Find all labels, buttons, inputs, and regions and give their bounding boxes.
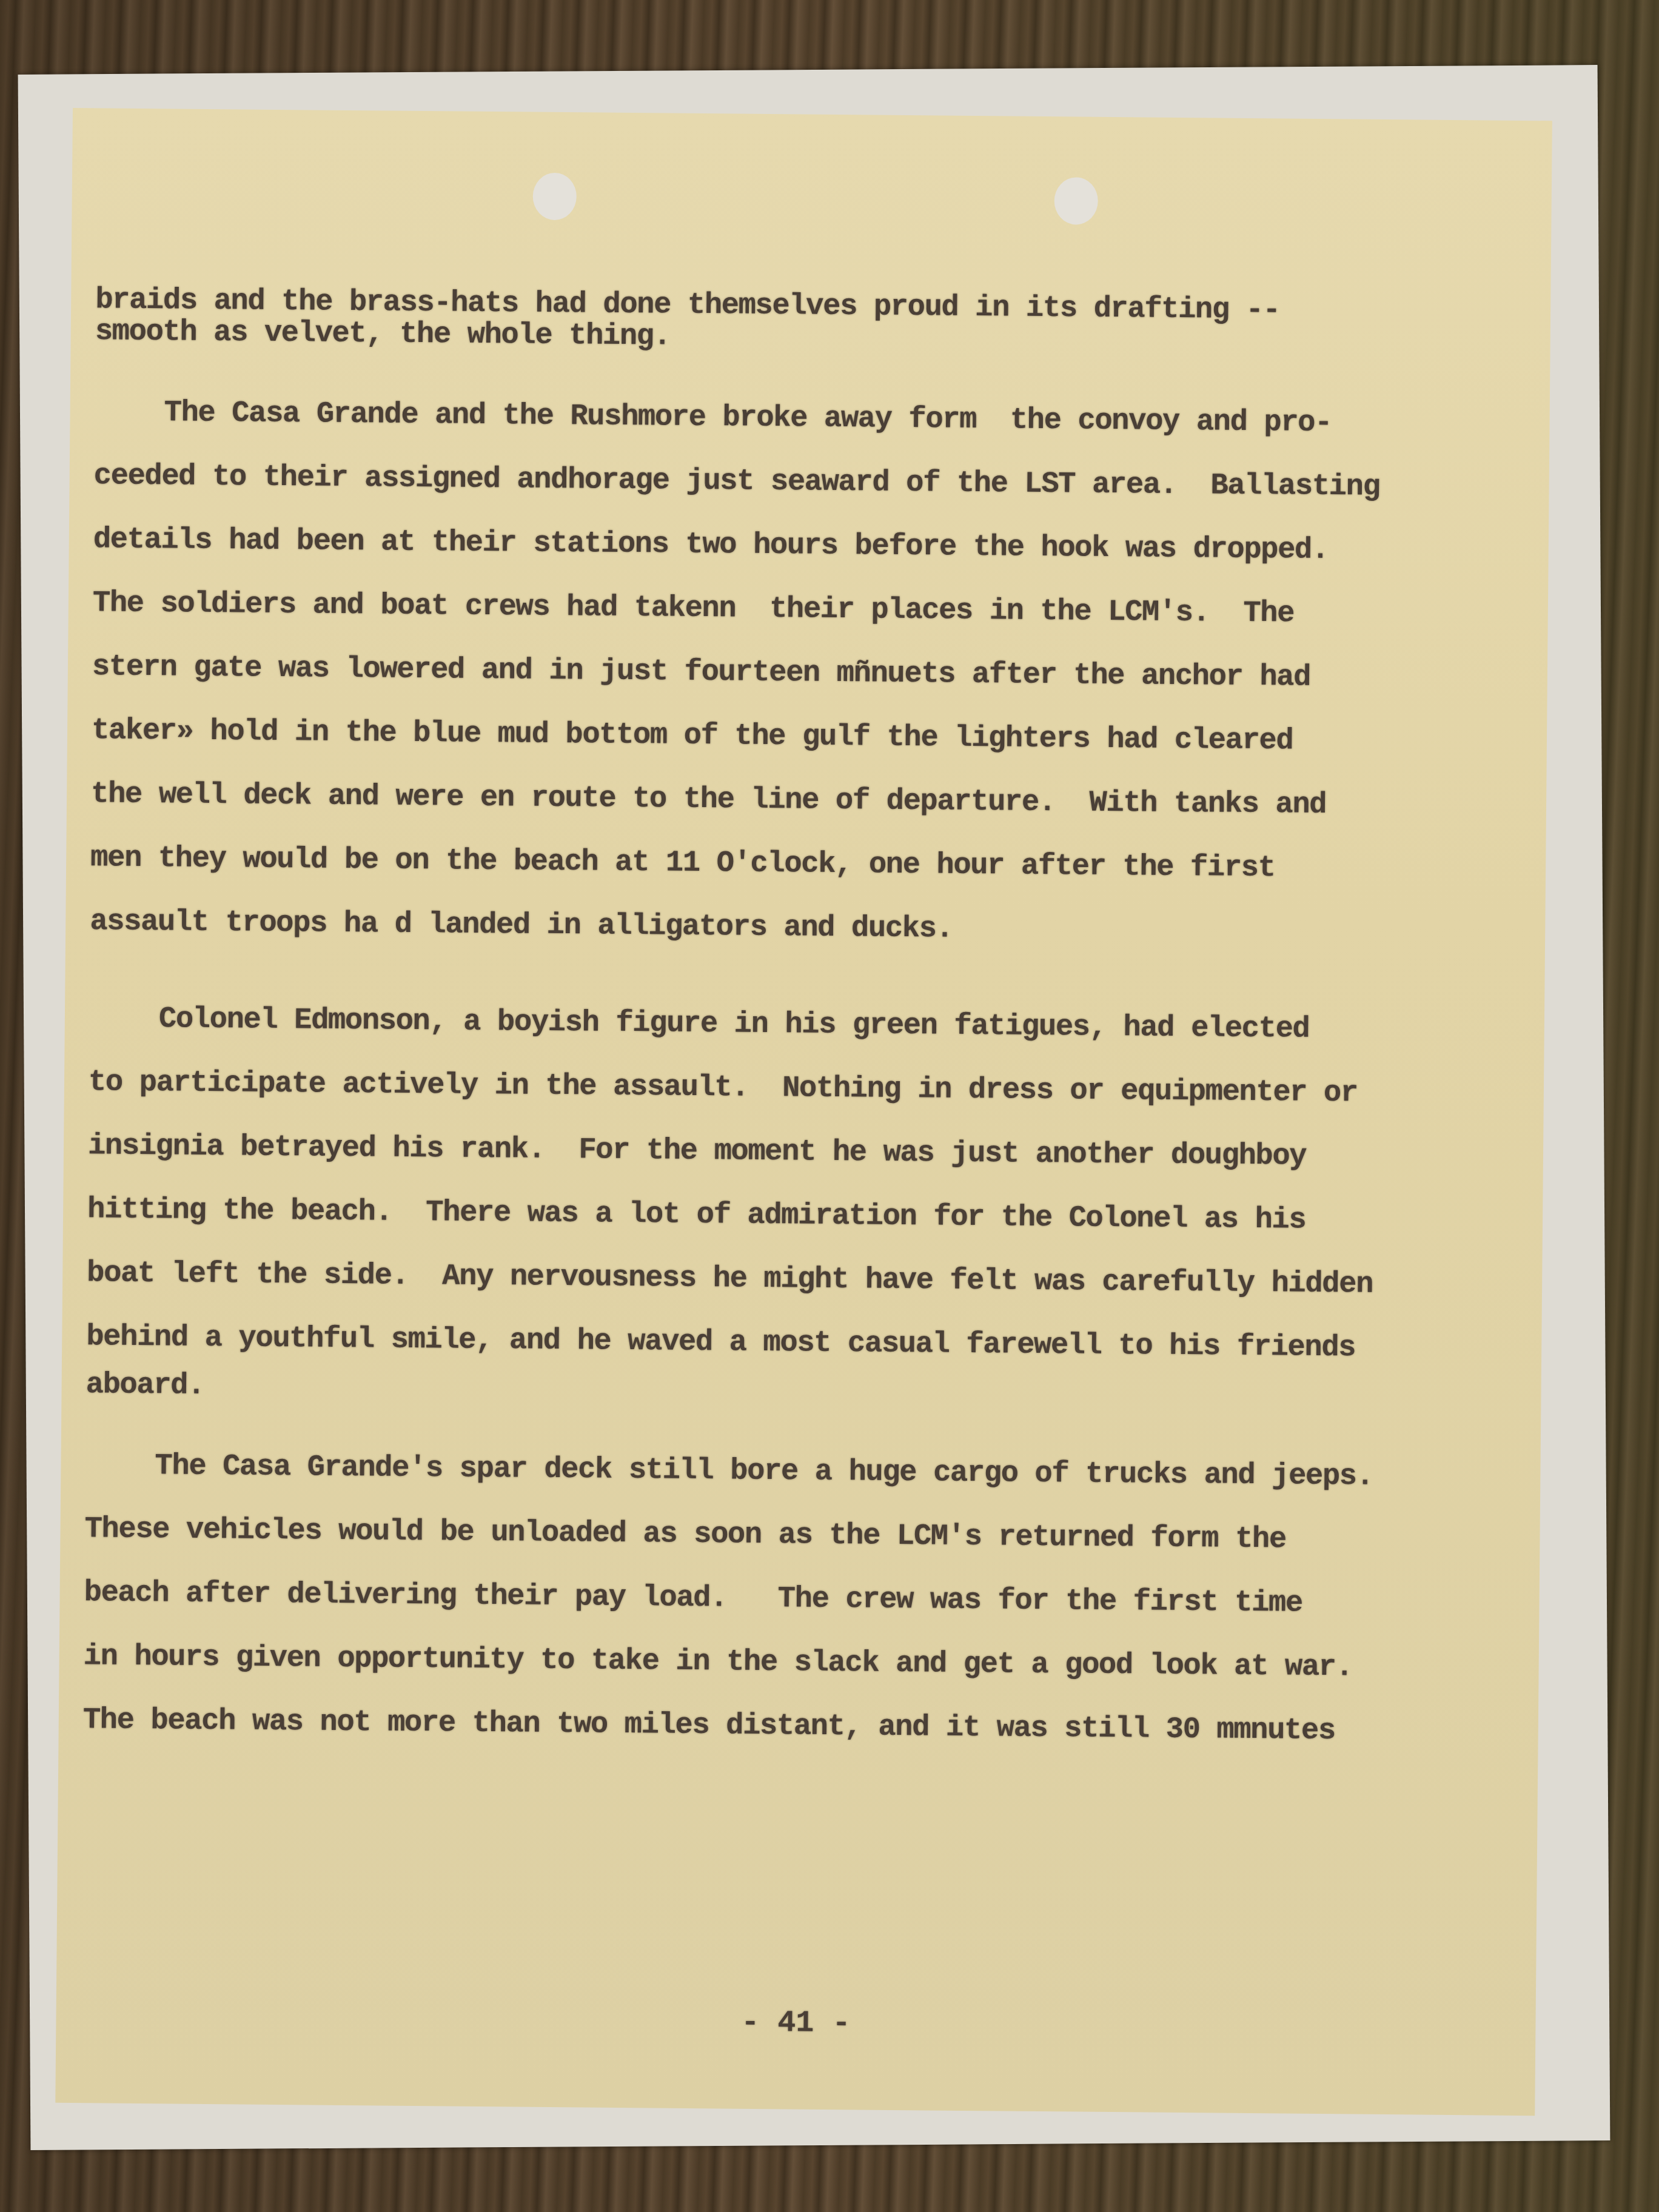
text-line: behind a youthful smile, and he waved a … [86, 1305, 1530, 1381]
text-line: The soldiers and boat crews had takenn t… [92, 571, 1536, 648]
document-body: braids and the brass-hats had done thems… [82, 284, 1538, 1765]
text-line: boat left the side. Any nervousness he m… [87, 1241, 1530, 1318]
paragraph-2: The Casa Grande and the Rushmore broke a… [90, 380, 1538, 966]
document-page: braids and the brass-hats had done thems… [55, 108, 1552, 2116]
text-line: details had been at their stations two h… [93, 508, 1537, 584]
text-line: The Casa Grande and the Rushmore broke a… [94, 380, 1538, 457]
text-line: The beach was not more than two miles di… [82, 1688, 1526, 1765]
text-line: insignia betrayed his rank. For the mome… [88, 1114, 1532, 1190]
text-line: hitting the beach. There was a lot of ad… [87, 1178, 1531, 1254]
text-line: These vehicles would be unloaded as soon… [84, 1497, 1528, 1574]
text-line: in hours given opportunity to take in th… [83, 1624, 1527, 1701]
punch-hole-right [1054, 177, 1098, 225]
text-line: assault troops ha d landed in alligators… [90, 890, 1533, 966]
paragraph-1: braids and the brass-hats had done thems… [95, 284, 1539, 360]
text-line: The Casa Grande's spar deck still bore a… [85, 1433, 1529, 1510]
text-line: men they would be on the beach at 11 O'c… [90, 826, 1534, 902]
paragraph-3: Colonel Edmonson, a boyish figure in his… [85, 987, 1532, 1413]
paragraph-4: The Casa Grande's spar deck still bore a… [82, 1433, 1528, 1765]
punch-hole-left [532, 173, 577, 221]
text-line: the well deck and were en route to the l… [91, 762, 1535, 839]
page-number: - 41 - [56, 2000, 1535, 2047]
text-line: taker» hold in the blue mud bottom of th… [92, 699, 1535, 775]
text-line: stern gate was lowered and in just fourt… [92, 635, 1535, 711]
text-line: Colonel Edmonson, a boyish figure in his… [89, 987, 1532, 1063]
text-line: ceeded to their assigned andhorage just … [93, 444, 1537, 520]
text-line: to participate actively in the assault. … [89, 1050, 1532, 1127]
text-line: beach after delivering their pay load. T… [84, 1561, 1527, 1637]
